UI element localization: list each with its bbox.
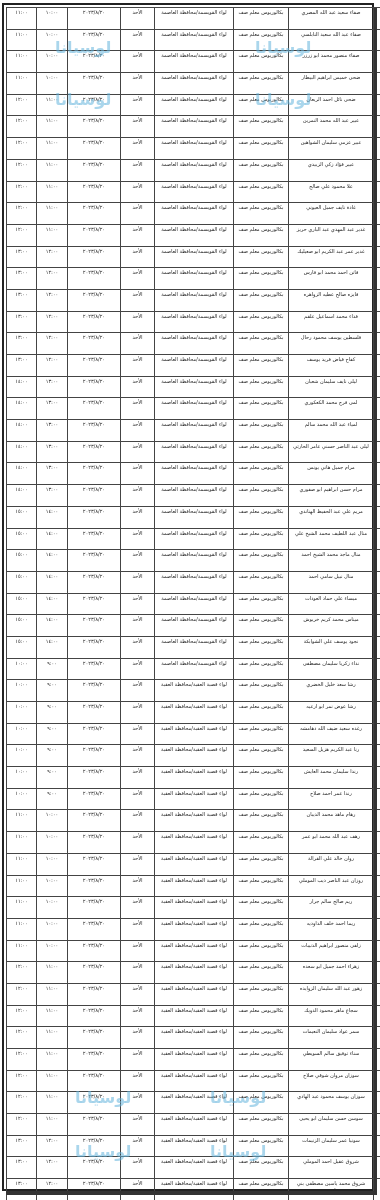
table-row: ١٥٥٦منال عبد اللطيف محمد الشيخ عليبكالور… [7, 528, 380, 550]
table-row: ١٥٤٤فاتن احمد محمد ابو فارسبكالوريوس معل… [7, 268, 380, 290]
exam-day: الأحد [121, 203, 155, 225]
table-row: ١٥٨٥شروق عقيل احمد المومليبكالوريوس معلم… [7, 1157, 380, 1179]
table-row: ١٥٥٨منال نبيل سامي احمدبكالوريوس معلم صف… [7, 571, 380, 593]
specialty: بكالوريوس معلم صف [234, 658, 289, 680]
table-row: ١٥٥٧منال ماجد محمد الشيخ احمدبكالوريوس م… [7, 550, 380, 572]
start-time: ١١:٠٠ [37, 1027, 68, 1049]
exam-day: الأحد [121, 767, 155, 789]
start-time: ١١:٠٠ [37, 1114, 68, 1136]
candidate-name: منال نبيل سامي احمد [289, 571, 374, 593]
exam-date: ٢٠٢٣/٨/٢٠ [68, 268, 121, 290]
specialty: بكالوريوس معلم صف [234, 268, 289, 290]
candidate-name: رندا عمر احمد صلاح [289, 788, 374, 810]
exam-date: ٢٠٢٣/٨/٢٠ [68, 333, 121, 355]
table-row: ١٥٦٦رنا عبد الكريم هزيل السعيدبكالوريوس … [7, 745, 380, 767]
table-row: ١٥٧٩سمر عواد سليمان النعيماتبكالوريوس مع… [7, 1027, 380, 1049]
exam-day: الأحد [121, 94, 155, 116]
end-time: ١٢:٠٠ [7, 1070, 37, 1092]
exam-day: الأحد [121, 116, 155, 138]
exam-location: لواء قصبة العقبة/محافظة العقبة [155, 1179, 234, 1200]
exam-location: لواء قصبة العقبة/محافظة العقبة [155, 897, 234, 919]
start-time: ١١:٠٠ [37, 1005, 68, 1027]
specialty: بكالوريوس معلم صف [234, 636, 289, 658]
end-time: ١٢:٠٠ [7, 116, 37, 138]
exam-location: لواء قصبة العقبة/محافظة العقبة [155, 702, 234, 724]
table-row: ١٥٣٢صفاء سعيد عبد الله المصريبكالوريوس م… [7, 8, 380, 30]
table-row: ١٥٧١روان خالد علي القرالةبكالوريوس معلم … [7, 853, 380, 875]
end-time: ١١:٠٠ [7, 897, 37, 919]
start-time: ١٤:٠٠ [37, 571, 68, 593]
specialty: بكالوريوس معلم صف [234, 376, 289, 398]
candidate-name: زلفى منصور ابراهيم الذنيبات [289, 940, 374, 962]
table-row: ١٥٤٨كفاح فياض فريد يوسفبكالوريوس معلم صف… [7, 355, 380, 377]
end-time: ١٥:٠٠ [7, 550, 37, 572]
table-row: ١٥٥٠لمى فرج محمد الكعكوريبكالوريوس معلم … [7, 398, 380, 420]
end-time: ١٢:٠٠ [7, 983, 37, 1005]
start-time: ١٠:٠٠ [37, 8, 68, 30]
specialty: بكالوريوس معلم صف [234, 1179, 289, 1200]
start-time: ١٢:٠٠ [37, 311, 68, 333]
exam-date: ٢٠٢٣/٨/٢٠ [68, 810, 121, 832]
end-time: ١٤:٠٠ [7, 463, 37, 485]
exam-date: ٢٠٢٣/٨/٢٠ [68, 376, 121, 398]
exam-day: الأحد [121, 29, 155, 51]
exam-location: لواء قصبة العقبة/محافظة العقبة [155, 940, 234, 962]
exam-day: الأحد [121, 289, 155, 311]
exam-location: لواء قصبة العقبة/محافظة العقبة [155, 1005, 234, 1027]
exam-date: ٢٠٢٣/٨/٢٠ [68, 246, 121, 268]
specialty: بكالوريوس معلم صف [234, 246, 289, 268]
exam-location: لواء القويسمة/محافظة العاصمة [155, 203, 234, 225]
start-time: ١٢:٠٠ [37, 1179, 68, 1200]
end-time: ١٣:٠٠ [7, 1179, 37, 1200]
exam-day: الأحد [121, 615, 155, 637]
end-time: ١١:٠٠ [7, 853, 37, 875]
candidate-name: رهف عبد الله محمد ابو عمر [289, 832, 374, 854]
exam-location: لواء القويسمة/محافظة العاصمة [155, 268, 234, 290]
start-time: ١٢:٠٠ [37, 268, 68, 290]
specialty: بكالوريوس معلم صف [234, 289, 289, 311]
specialty: بكالوريوس معلم صف [234, 528, 289, 550]
candidate-name: رنا عبد الكريم هزيل السعيد [289, 745, 374, 767]
exam-day: الأحد [121, 1049, 155, 1071]
candidate-name: سونيا عمر سليمان الزنيمات [289, 1135, 374, 1157]
end-time: ١٤:٠٠ [7, 420, 37, 442]
table-row: ١٥٦٧رندا سليمان محمد العايشبكالوريوس معل… [7, 767, 380, 789]
end-time: ١٢:٠٠ [7, 181, 37, 203]
start-time: ٩:٠٠ [37, 788, 68, 810]
exam-day: الأحد [121, 1070, 155, 1092]
specialty: بكالوريوس معلم صف [234, 832, 289, 854]
specialty: بكالوريوس معلم صف [234, 571, 289, 593]
candidate-name: غادة نايف جميل العيوني [289, 203, 374, 225]
start-time: ١١:٠٠ [37, 962, 68, 984]
table-row: ١٥٣٤صفاء منصور محمد ابو زرزربكالوريوس مع… [7, 51, 380, 73]
candidate-name: ضحى نائل احمد الربعان [289, 94, 374, 116]
end-time: ١٢:٠٠ [7, 159, 37, 181]
exam-date: ٢٠٢٣/٨/٢٠ [68, 658, 121, 680]
start-time: ١٢:٠٠ [37, 289, 68, 311]
candidate-name: صفاء منصور محمد ابو زرزر [289, 51, 374, 73]
exam-date: ٢٠٢٣/٨/٢٠ [68, 940, 121, 962]
exam-day: الأحد [121, 51, 155, 73]
candidate-name: فداء محمد اسماعيل علقم [289, 311, 374, 333]
table-row: ١٥٨١سوزان مروان شوقي صلاحبكالوريوس معلم … [7, 1070, 380, 1092]
page-shadow-bottom [6, 1191, 376, 1195]
candidate-name: غدير عمر عبد الكريم ابو صعيليك [289, 246, 374, 268]
exam-date: ٢٠٢٣/٨/٢٠ [68, 1135, 121, 1157]
end-time: ١٣:٠٠ [7, 355, 37, 377]
candidate-name: سجاع ماهر محمود الدويك [289, 1005, 374, 1027]
start-time: ١٤:٠٠ [37, 636, 68, 658]
exam-date: ٢٠٢٣/٨/٢٠ [68, 181, 121, 203]
candidate-name: رندا سليمان محمد العايش [289, 767, 374, 789]
candidate-name: ميساء علي حماد العودات [289, 593, 374, 615]
specialty: بكالوريوس معلم صف [234, 962, 289, 984]
candidate-name: ريما احمد خلف الداوديه [289, 918, 374, 940]
exam-date: ٢٠٢٣/٨/٢٠ [68, 224, 121, 246]
exam-day: الأحد [121, 398, 155, 420]
exam-location: لواء القويسمة/محافظة العاصمة [155, 376, 234, 398]
exam-location: لواء قصبة العقبة/محافظة العقبة [155, 680, 234, 702]
exam-day: الأحد [121, 485, 155, 507]
exam-location: لواء القويسمة/محافظة العاصمة [155, 8, 234, 30]
specialty: بكالوريوس معلم صف [234, 29, 289, 51]
start-time: ١١:٠٠ [37, 224, 68, 246]
end-time: ١٢:٠٠ [7, 1114, 37, 1136]
exam-day: الأحد [121, 680, 155, 702]
specialty: بكالوريوس معلم صف [234, 918, 289, 940]
exam-day: الأحد [121, 268, 155, 290]
end-time: ١١:٠٠ [7, 8, 37, 30]
exam-date: ٢٠٢٣/٨/٢٠ [68, 1114, 121, 1136]
specialty: بكالوريوس معلم صف [234, 1114, 289, 1136]
exam-location: لواء قصبة العقبة/محافظة العقبة [155, 918, 234, 940]
specialty: بكالوريوس معلم صف [234, 398, 289, 420]
exam-date: ٢٠٢٣/٨/٢٠ [68, 745, 121, 767]
table-row: ١٥٥١لمياء عبد الله محمد سالمبكالوريوس مع… [7, 420, 380, 442]
start-time: ١٢:٠٠ [37, 355, 68, 377]
exam-day: الأحد [121, 983, 155, 1005]
exam-date: ٢٠٢٣/٨/٢٠ [68, 1157, 121, 1179]
table-row: ١٥٦٩رهام ماهد محمد الذيبانبكالوريوس معلم… [7, 810, 380, 832]
exam-day: الأحد [121, 853, 155, 875]
start-time: ١٤:٠٠ [37, 506, 68, 528]
candidate-name: مرام جميل هاني يونس [289, 463, 374, 485]
exam-location: لواء القويسمة/محافظة العاصمة [155, 181, 234, 203]
exam-day: الأحد [121, 138, 155, 160]
exam-location: لواء قصبة العقبة/محافظة العقبة [155, 810, 234, 832]
table-row: ١٥٤٥فايزه صالح عطيه الزواهرهبكالوريوس مع… [7, 289, 380, 311]
exam-location: لواء القويسمة/محافظة العاصمة [155, 593, 234, 615]
candidate-name: ليلى نايف سليمان شعبان [289, 376, 374, 398]
specialty: بكالوريوس معلم صف [234, 94, 289, 116]
specialty: بكالوريوس معلم صف [234, 311, 289, 333]
start-time: ٩:٠٠ [37, 745, 68, 767]
exam-location: لواء قصبة العقبة/محافظة العقبة [155, 723, 234, 745]
exam-location: لواء قصبة العقبة/محافظة العقبة [155, 1049, 234, 1071]
exam-day: الأحد [121, 550, 155, 572]
exam-day: الأحد [121, 333, 155, 355]
exam-date: ٢٠٢٣/٨/٢٠ [68, 138, 121, 160]
candidate-name: مرام حسن ابراهيم ابو صفوري [289, 485, 374, 507]
start-time: ٩:٠٠ [37, 723, 68, 745]
candidate-name: سوسن حسن سليمان ابو يحيى [289, 1114, 374, 1136]
table-row: ١٥٦٥رغده سعيد ضيف الله دهامشهبكالوريوس م… [7, 723, 380, 745]
specialty: بكالوريوس معلم صف [234, 593, 289, 615]
table-row: ١٥٤٩ليلى نايف سليمان شعبانبكالوريوس معلم… [7, 376, 380, 398]
table-row: ١٥٧٧زهور عبد الله سليمان الزوايدهبكالوري… [7, 983, 380, 1005]
specialty: بكالوريوس معلم صف [234, 767, 289, 789]
exam-date: ٢٠٢٣/٨/٢٠ [68, 398, 121, 420]
candidate-name: لمياء عبد الله محمد سالم [289, 420, 374, 442]
end-time: ١٠:٠٠ [7, 788, 37, 810]
table-row: ١٥٣٧عبير عبد الله محمد النمرينبكالوريوس … [7, 116, 380, 138]
start-time: ١٣:٠٠ [37, 398, 68, 420]
candidate-name: كفاح فياض فريد يوسف [289, 355, 374, 377]
table-row: ١٥٨٤سونيا عمر سليمان الزنيماتبكالوريوس م… [7, 1135, 380, 1157]
candidate-name: عبير فؤاد زكي الزبيدي [289, 159, 374, 181]
exam-date: ٢٠٢٣/٨/٢٠ [68, 767, 121, 789]
end-time: ١١:٠٠ [7, 51, 37, 73]
end-time: ١٥:٠٠ [7, 571, 37, 593]
start-time: ١٤:٠٠ [37, 550, 68, 572]
exam-date: ٢٠٢٣/٨/٢٠ [68, 8, 121, 30]
table-body: ١٥٣٢صفاء سعيد عبد الله المصريبكالوريوس م… [7, 8, 380, 1200]
candidates-table: ١٥٣٢صفاء سعيد عبد الله المصريبكالوريوس م… [6, 7, 380, 1200]
end-time: ١٥:٠٠ [7, 593, 37, 615]
end-time: ١١:٠٠ [7, 810, 37, 832]
start-time: ١١:٠٠ [37, 203, 68, 225]
exam-location: لواء القويسمة/محافظة العاصمة [155, 311, 234, 333]
exam-day: الأحد [121, 810, 155, 832]
specialty: بكالوريوس معلم صف [234, 550, 289, 572]
specialty: بكالوريوس معلم صف [234, 702, 289, 724]
specialty: بكالوريوس معلم صف [234, 1070, 289, 1092]
exam-location: لواء القويسمة/محافظة العاصمة [155, 528, 234, 550]
start-time: ١٣:٠٠ [37, 485, 68, 507]
specialty: بكالوريوس معلم صف [234, 723, 289, 745]
candidate-name: نداء زكريا سليمان مصطفى [289, 658, 374, 680]
candidate-name: عبير عبد الله محمد النمرين [289, 116, 374, 138]
specialty: بكالوريوس معلم صف [234, 181, 289, 203]
specialty: بكالوريوس معلم صف [234, 138, 289, 160]
candidate-name: شروق محمد ياسين مصطفى بني ياسين [289, 1179, 374, 1200]
exam-day: الأحد [121, 832, 155, 854]
start-time: ٩:٠٠ [37, 702, 68, 724]
specialty: بكالوريوس معلم صف [234, 788, 289, 810]
exam-day: الأحد [121, 8, 155, 30]
exam-day: الأحد [121, 897, 155, 919]
exam-location: لواء القويسمة/محافظة العاصمة [155, 51, 234, 73]
specialty: بكالوريوس معلم صف [234, 224, 289, 246]
end-time: ١٢:٠٠ [7, 1027, 37, 1049]
candidate-name: سمر عواد سليمان النعيمات [289, 1027, 374, 1049]
exam-date: ٢٠٢٣/٨/٢٠ [68, 615, 121, 637]
table-row: ١٥٥٤مرام حسن ابراهيم ابو صفوريبكالوريوس … [7, 485, 380, 507]
table-row: ١٥٣٦ضحى نائل احمد الربعانبكالوريوس معلم … [7, 94, 380, 116]
table-row: ١٥٤١غادة نايف جميل العيونيبكالوريوس معلم… [7, 203, 380, 225]
candidate-name: سوزان مروان شوقي صلاح [289, 1070, 374, 1092]
candidate-name: صفاء عبد الله سعيد النابلسي [289, 29, 374, 51]
table-row: ١٥٤٧فلسطين يوسف محمود رحالبكالوريوس معلم… [7, 333, 380, 355]
exam-location: لواء قصبة العقبة/محافظة العقبة [155, 1070, 234, 1092]
exam-location: لواء القويسمة/محافظة العاصمة [155, 485, 234, 507]
exam-location: لواء قصبة العقبة/محافظة العقبة [155, 1114, 234, 1136]
candidate-name: ضحى خميس ابراهيم البيطار [289, 73, 374, 95]
start-time: ١٣:٠٠ [37, 376, 68, 398]
specialty: بكالوريوس معلم صف [234, 506, 289, 528]
specialty: بكالوريوس معلم صف [234, 116, 289, 138]
specialty: بكالوريوس معلم صف [234, 333, 289, 355]
specialty: بكالوريوس معلم صف [234, 983, 289, 1005]
end-time: ١٤:٠٠ [7, 441, 37, 463]
table-row: ١٥٧٣ريم صالح سالم جراربكالوريوس معلم صفل… [7, 897, 380, 919]
end-time: ١٣:٠٠ [7, 268, 37, 290]
specialty: بكالوريوس معلم صف [234, 441, 289, 463]
table-row: ١٥٥٥مريم علي عبد الحفيظ الهنانديبكالوريو… [7, 506, 380, 528]
table-row: ١٥٧٨سجاع ماهر محمود الدويكبكالوريوس معلم… [7, 1005, 380, 1027]
end-time: ١٠:٠٠ [7, 745, 37, 767]
exam-day: الأحد [121, 593, 155, 615]
exam-day: الأحد [121, 1157, 155, 1179]
exam-location: لواء قصبة العقبة/محافظة العقبة [155, 1027, 234, 1049]
end-time: ١٠:٠٠ [7, 702, 37, 724]
exam-location: لواء قصبة العقبة/محافظة العقبة [155, 745, 234, 767]
table-row: ١٥٣٩عبير فؤاد زكي الزبيديبكالوريوس معلم … [7, 159, 380, 181]
exam-date: ٢٠٢٣/٨/٢٠ [68, 289, 121, 311]
start-time: ١١:٠٠ [37, 181, 68, 203]
exam-date: ٢٠٢٣/٨/٢٠ [68, 1179, 121, 1200]
exam-location: لواء القويسمة/محافظة العاصمة [155, 224, 234, 246]
end-time: ١٠:٠٠ [7, 723, 37, 745]
exam-date: ٢٠٢٣/٨/٢٠ [68, 485, 121, 507]
exam-date: ٢٠٢٣/٨/٢٠ [68, 355, 121, 377]
exam-day: الأحد [121, 1114, 155, 1136]
start-time: ٩:٠٠ [37, 658, 68, 680]
start-time: ١٠:٠٠ [37, 875, 68, 897]
exam-date: ٢٠٢٣/٨/٢٠ [68, 311, 121, 333]
end-time: ١١:٠٠ [7, 875, 37, 897]
end-time: ١٠:٠٠ [7, 680, 37, 702]
start-time: ١٣:٠٠ [37, 463, 68, 485]
candidate-name: منال ماجد محمد الشيخ احمد [289, 550, 374, 572]
start-time: ١٤:٠٠ [37, 528, 68, 550]
exam-date: ٢٠٢٣/٨/٢٠ [68, 918, 121, 940]
table-row: ١٥٦١نجود يوسف علي الشوابكةبكالوريوس معلم… [7, 636, 380, 658]
exam-date: ٢٠٢٣/٨/٢٠ [68, 1027, 121, 1049]
table-row: ١٥٣٥ضحى خميس ابراهيم البيطاربكالوريوس مع… [7, 73, 380, 95]
specialty: بكالوريوس معلم صف [234, 940, 289, 962]
end-time: ١٠:٠٠ [7, 658, 37, 680]
exam-day: الأحد [121, 311, 155, 333]
specialty: بكالوريوس معلم صف [234, 159, 289, 181]
exam-date: ٢٠٢٣/٨/٢٠ [68, 593, 121, 615]
end-time: ١١:٠٠ [7, 940, 37, 962]
candidate-name: زهراء احمد جميل ابو سعده [289, 962, 374, 984]
candidate-name: ليلى عبد الناصر حسني عامر الحارثي [289, 441, 374, 463]
start-time: ١١:٠٠ [37, 1070, 68, 1092]
exam-day: الأحد [121, 636, 155, 658]
candidate-name: ريم صالح سالم جرار [289, 897, 374, 919]
start-time: ١٠:٠٠ [37, 51, 68, 73]
exam-location: لواء القويسمة/محافظة العاصمة [155, 658, 234, 680]
start-time: ١١:٠٠ [37, 983, 68, 1005]
exam-location: لواء قصبة العقبة/محافظة العقبة [155, 853, 234, 875]
specialty: بكالوريوس معلم صف [234, 615, 289, 637]
specialty: بكالوريوس معلم صف [234, 203, 289, 225]
start-time: ١٢:٠٠ [37, 1157, 68, 1179]
end-time: ١٢:٠٠ [7, 94, 37, 116]
exam-date: ٢٠٢٣/٨/٢٠ [68, 962, 121, 984]
exam-day: الأحد [121, 788, 155, 810]
candidate-name: منال عبد اللطيف محمد الشيخ علي [289, 528, 374, 550]
candidate-name: شروق عقيل احمد الموملي [289, 1157, 374, 1179]
exam-day: الأحد [121, 940, 155, 962]
specialty: بكالوريوس معلم صف [234, 51, 289, 73]
end-time: ١٤:٠٠ [7, 398, 37, 420]
exam-location: لواء القويسمة/محافظة العاصمة [155, 94, 234, 116]
end-time: ١٢:٠٠ [7, 1005, 37, 1027]
exam-location: لواء القويسمة/محافظة العاصمة [155, 159, 234, 181]
table-row: ١٥٧٢روزان عبد الناصر ذيب المومليبكالوريو… [7, 875, 380, 897]
table-row: ١٥٨٢سوزان يوسف محمود عبد الهاديبكالوريوس… [7, 1092, 380, 1114]
table-row: ١٥٨٠سناء توفيق سالم السويطيبكالوريوس معل… [7, 1049, 380, 1071]
exam-date: ٢٠٢٣/٨/٢٠ [68, 116, 121, 138]
exam-location: لواء قصبة العقبة/محافظة العقبة [155, 1135, 234, 1157]
specialty: بكالوريوس معلم صف [234, 463, 289, 485]
end-time: ١٤:٠٠ [7, 485, 37, 507]
end-time: ١٣:٠٠ [7, 333, 37, 355]
exam-location: لواء قصبة العقبة/محافظة العقبة [155, 832, 234, 854]
candidate-name: روان خالد علي القرالة [289, 853, 374, 875]
exam-day: الأحد [121, 1092, 155, 1114]
candidate-name: سناء توفيق سالم السويطي [289, 1049, 374, 1071]
exam-day: الأحد [121, 1179, 155, 1200]
exam-day: الأحد [121, 745, 155, 767]
specialty: بكالوريوس معلم صف [234, 745, 289, 767]
table-row: ١٥٦٤رشا عوض نمر ابو ارعيهبكالوريوس معلم … [7, 702, 380, 724]
exam-day: الأحد [121, 918, 155, 940]
start-time: ١١:٠٠ [37, 116, 68, 138]
candidate-name: صفاء سعيد عبد الله المصري [289, 8, 374, 30]
candidate-name: سوزان يوسف محمود عبد الهادي [289, 1092, 374, 1114]
exam-date: ٢٠٢٣/٨/٢٠ [68, 571, 121, 593]
start-time: ١٣:٠٠ [37, 420, 68, 442]
exam-day: الأحد [121, 702, 155, 724]
specialty: بكالوريوس معلم صف [234, 355, 289, 377]
exam-day: الأحد [121, 159, 155, 181]
exam-day: الأحد [121, 441, 155, 463]
exam-date: ٢٠٢٣/٨/٢٠ [68, 1005, 121, 1027]
exam-date: ٢٠٢٣/٨/٢٠ [68, 550, 121, 572]
exam-date: ٢٠٢٣/٨/٢٠ [68, 897, 121, 919]
table-row: ١٥٥٩ميساء علي حماد العوداتبكالوريوس معلم… [7, 593, 380, 615]
exam-day: الأحد [121, 1135, 155, 1157]
exam-date: ٢٠٢٣/٨/٢٠ [68, 159, 121, 181]
end-time: ١٢:٠٠ [7, 224, 37, 246]
candidate-name: فلسطين يوسف محمود رحال [289, 333, 374, 355]
table-row: ١٥٧٤ريما احمد خلف الداوديهبكالوريوس معلم… [7, 918, 380, 940]
exam-location: لواء القويسمة/محافظة العاصمة [155, 441, 234, 463]
table-row: ١٥٣٣صفاء عبد الله سعيد النابلسيبكالوريوس… [7, 29, 380, 51]
exam-location: لواء القويسمة/محافظة العاصمة [155, 355, 234, 377]
start-time: ١٠:٠٠ [37, 853, 68, 875]
candidate-name: رغده سعيد ضيف الله دهامشه [289, 723, 374, 745]
specialty: بكالوريوس معلم صف [234, 1092, 289, 1114]
exam-day: الأحد [121, 355, 155, 377]
end-time: ١٥:٠٠ [7, 506, 37, 528]
